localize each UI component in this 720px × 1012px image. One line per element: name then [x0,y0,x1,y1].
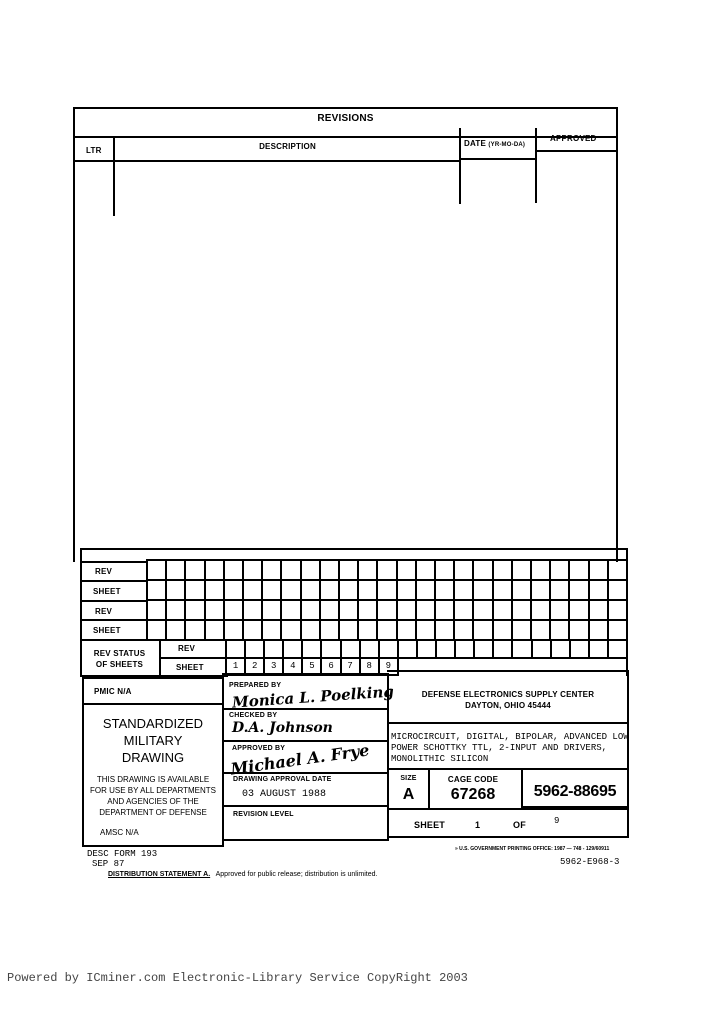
checked-by-signature: D.A. Johnson [232,720,333,736]
form-line-2: SEP 87 [87,859,157,869]
revision-level-label: REVISION LEVEL [233,811,294,818]
rev-cell-sheet-9 [380,641,399,659]
grid-cell [513,621,532,641]
grid-cell [302,581,321,601]
grid-cell [570,621,589,641]
grid-cell [551,581,570,601]
grid-cell [455,601,474,621]
grid-cell [474,601,493,621]
grid-cell [398,601,417,621]
grid-cell [437,641,456,659]
grid-cell [398,621,417,641]
availability-line-1: THIS DRAWING IS AVAILABLE [82,774,224,785]
prepared-by-label: PREPARED BY [229,682,281,689]
grid-cell [417,561,436,581]
grid-label-rule-3 [80,600,146,602]
cage-code-label: CAGE CODE [428,775,518,784]
grid-cell [494,561,513,581]
grid-cell [206,601,225,621]
standardized-military-drawing-title: STANDARDIZED MILITARY DRAWING [82,715,224,766]
grid-cell [206,561,225,581]
grid-cell [148,561,167,581]
grid-cell [494,601,513,621]
grid-cell [340,601,359,621]
grid-cell [417,601,436,621]
agency-divider [387,722,629,724]
grid-cell [167,581,186,601]
grid-cell [206,581,225,601]
grid-cell [609,601,628,621]
col-header-approved: APPROVED [550,134,597,143]
grid-cell [455,561,474,581]
watermark: Powered by ICminer.com Electronic-Librar… [7,971,468,985]
grid-cell [244,561,263,581]
grid-cell [167,601,186,621]
date-format: (YR-MO-DA) [488,142,525,148]
grid-cell [551,561,570,581]
sheet-row-divider [387,808,629,810]
grid-cell [398,561,417,581]
grid-cell [552,641,571,659]
grid-cell [513,561,532,581]
grid-cell [590,641,609,659]
rev-status-label-line1: REV STATUS [82,648,157,659]
drawing-title-line-2: POWER SCHOTTKY TTL, 2-INPUT AND DRIVERS, [391,743,629,754]
approved-column-rule [535,128,537,203]
document-code: 5962-E968-3 [560,857,619,867]
grid-cell [609,581,628,601]
grid-cell [455,621,474,641]
grid-label-rule-2 [80,580,146,582]
grid-cell [436,581,455,601]
grid-cell [302,601,321,621]
grid-cell [225,621,244,641]
sheet-label: SHEET [414,820,445,830]
grid-cell [378,581,397,601]
availability-line-2: FOR USE BY ALL DEPARTMENTS [82,785,224,796]
grid-cell [378,561,397,581]
grid-cell [378,601,397,621]
grid-cell [244,601,263,621]
size-value: A [387,786,430,804]
grid-cell [474,621,493,641]
amsc-label: AMSC N/A [100,828,139,837]
grid-cell [417,581,436,601]
distribution-statement: DISTRIBUTION STATEMENT A. Approved for p… [108,871,377,878]
grid-cell [456,641,475,659]
approval-date-label: DRAWING APPROVAL DATE [233,776,331,783]
grid-cell [321,581,340,601]
grid-cell [474,581,493,601]
grid-cell [551,621,570,641]
grid-cell [532,561,551,581]
pmic-label: PMIC N/A [94,687,132,696]
revisions-right-border [616,107,618,547]
checked-by-label: CHECKED BY [229,712,277,719]
grid-cell [513,641,532,659]
grid-cell [340,581,359,601]
grid-cell [532,621,551,641]
grid-cell [609,561,628,581]
sheet-row-bottom [387,836,629,838]
rev-cell-sheet-1 [227,641,246,659]
grid-cell [532,581,551,601]
rev-cell-sheet-7 [342,641,361,659]
grid-cell [359,621,378,641]
availability-line-3: AND AGENCIES OF THE [82,796,224,807]
grid-cell [186,581,205,601]
grid-label-rule-4 [80,619,146,621]
grid-cell [590,561,609,581]
rev-cell-sheet-3 [265,641,284,659]
availability-line-4: DEPARTMENT OF DEFENSE [82,807,224,818]
drawing-title-line-3: MONOLITHIC SILICON [391,754,629,765]
revisions-header-divider-right [536,150,618,152]
grid-cell [148,621,167,641]
grid-cell [590,581,609,601]
of-value: 9 [554,816,559,826]
cage-code-value: 67268 [428,786,518,804]
grid-cell [340,561,359,581]
grid-cell [225,561,244,581]
col-header-description: DESCRIPTION [115,142,460,151]
grid-cell [302,621,321,641]
grid-cell [302,561,321,581]
grid-cell [532,601,551,621]
grid-cell [206,621,225,641]
grid-cell [167,561,186,581]
prepared-divider [222,708,389,710]
grid-cell [436,621,455,641]
grid-cell [571,641,590,659]
grid-cell [494,641,513,659]
grid-cell [359,601,378,621]
grid-cell [378,621,397,641]
rev-status-sheet-label: SHEET [176,663,204,672]
rev-row-label-2: REV [95,607,112,616]
grid-cell [436,601,455,621]
rev-status-label-line2: OF SHEETS [82,659,157,670]
rev-cell-sheet-6 [322,641,341,659]
revisions-title: REVISIONS [73,113,618,124]
grid-cell [186,601,205,621]
grid-cell [513,581,532,601]
grid-label-rule-1 [80,561,146,563]
rev-status-mid-rule [159,657,227,659]
revisions-header-divider-mid [460,158,536,160]
grid-cell [590,621,609,641]
grid-cell [359,581,378,601]
rev-cell-sheet-8 [361,641,380,659]
agency-name: DEFENSE ELECTRONICS SUPPLY CENTER [389,690,627,699]
approved-divider [222,772,389,774]
rev-cell-sheet-5 [303,641,322,659]
grid-cell [282,581,301,601]
col-header-ltr: LTR [86,146,102,155]
grid-cell [418,641,437,659]
title-line-standardized: STANDARDIZED [82,715,224,732]
grid-cell [148,581,167,601]
distribution-text: Approved for public release; distributio… [216,871,378,878]
grid-cell [321,621,340,641]
grid-cell [186,621,205,641]
grid-cell [417,621,436,641]
rev-status-rev-label: REV [178,644,195,653]
availability-statement: THIS DRAWING IS AVAILABLE FOR USE BY ALL… [82,774,224,818]
grid-cell [167,621,186,641]
grid-cell [609,641,628,659]
grid-cell [321,601,340,621]
grid-cell [475,641,494,659]
distribution-label: DISTRIBUTION STATEMENT A. [108,871,210,878]
grid-cell [263,621,282,641]
sheet-row-label-2: SHEET [93,626,121,635]
rev-cell-sheet-4 [284,641,303,659]
grid-cell [244,581,263,601]
grid-cell [244,621,263,641]
grid-cell [570,601,589,621]
grid-cell [533,641,552,659]
grid-cell [455,581,474,601]
size-label: SIZE [387,775,430,782]
grid-cell [436,561,455,581]
form-line-1: DESC FORM 193 [87,849,157,859]
form-number: DESC FORM 193 SEP 87 [87,849,157,869]
grid-cell [474,561,493,581]
gpo-notice: » U.S. GOVERNMENT PRINTING OFFICE: 1987 … [455,846,609,852]
pmic-divider [82,703,224,705]
title-line-drawing: DRAWING [82,749,224,766]
rev-status-upper-grid [146,559,628,641]
grid-cell [570,581,589,601]
agency-address: DAYTON, OHIO 45444 [389,701,627,710]
grid-cell [148,601,167,621]
date-label: DATE [464,139,486,148]
ltr-column-rule [113,136,115,216]
col-header-date: DATE (YR-MO-DA) [464,139,525,148]
grid-cell [398,581,417,601]
grid-cell [282,601,301,621]
approval-date-divider [222,805,389,807]
grid-cell [494,581,513,601]
grid-cell [340,621,359,641]
sheet-value: 1 [475,820,480,830]
grid-cell [321,561,340,581]
grid-cell [551,601,570,621]
drawing-number: 5962-88695 [521,783,629,801]
title-line-military: MILITARY [82,732,224,749]
sheet-row-label-1: SHEET [93,587,121,596]
drawing-title-line-1: MICROCIRCUIT, DIGITAL, BIPOLAR, ADVANCED… [391,732,629,743]
grid-cell [570,561,589,581]
grid-cell [263,601,282,621]
grid-cell [225,581,244,601]
rev-status-label: REV STATUS OF SHEETS [82,648,157,670]
revisions-header-divider-left [73,160,460,162]
grid-cell [590,601,609,621]
rev-row-label-1: REV [95,567,112,576]
grid-cell [282,621,301,641]
grid-cell [225,601,244,621]
grid-cell [359,561,378,581]
grid-cell [282,561,301,581]
grid-cell [186,561,205,581]
of-label: OF [513,820,526,830]
approved-by-label: APPROVED BY [232,745,285,752]
grid-cell [263,561,282,581]
date-column-rule [459,128,461,204]
grid-cell [513,601,532,621]
grid-cell [399,641,418,659]
grid-cell [494,621,513,641]
rev-cell-sheet-2 [246,641,265,659]
approval-date-value: 03 AUGUST 1988 [242,789,326,800]
grid-cell [263,581,282,601]
grid-cell [609,621,628,641]
drawing-title: MICROCIRCUIT, DIGITAL, BIPOLAR, ADVANCED… [391,732,629,765]
